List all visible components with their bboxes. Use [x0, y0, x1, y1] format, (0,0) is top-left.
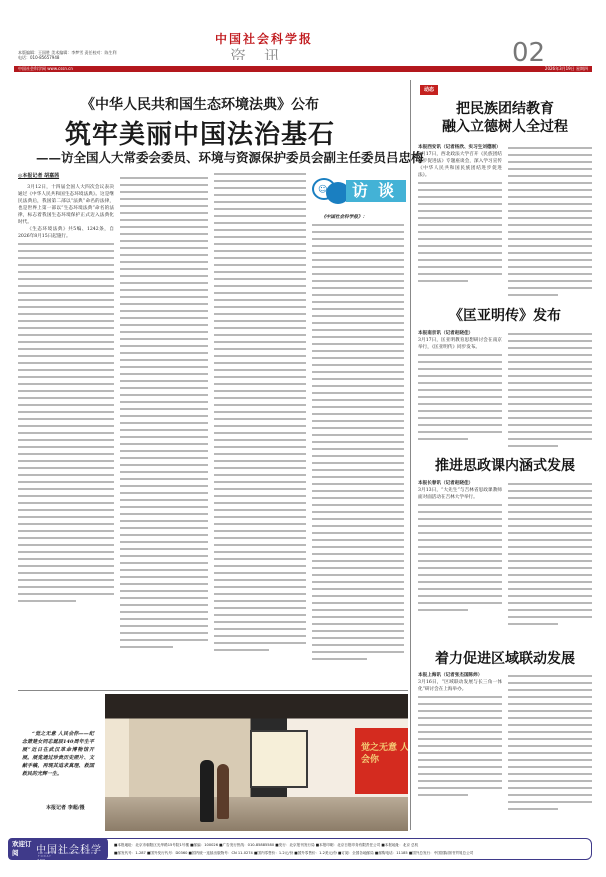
footer-logo: 欢迎订阅 中国社会科学报 CHINESE SOCIAL SCIENCES TOD…	[8, 838, 108, 860]
article-body	[508, 330, 592, 449]
article-body: 本报上海讯（记者张杰国陈炜） 3月16日，“区域联动发展与长三角一体化”研讨会在…	[418, 672, 502, 798]
visitor-figure	[217, 764, 229, 819]
article-body: 本报南京讯（记者赵晓佳） 3月17日，匡亚明教育思想研讨会在南京举行，《匡亚明传…	[418, 330, 502, 442]
illegible-text	[312, 221, 404, 662]
article-lead: 3月17日，匡亚明教育思想研讨会在南京举行，《匡亚明传》同步发布。	[418, 337, 502, 351]
article-lead: 3月13日，“大先生”与吉林省思政课教师面对面活动在吉林大学举行。	[418, 487, 502, 501]
exhibition-poster: 觉之无意 人民会你	[355, 728, 408, 794]
lead-column-2	[120, 174, 208, 650]
dateline: 本报长春讯（记者赵晓佳）	[418, 480, 502, 487]
byline: ◎本报记者 胡嘉茜	[18, 172, 59, 179]
interview-label: 访谈	[346, 180, 406, 202]
editor-credits: 本版编辑：王国胜 美术编辑：李梦雪 责任校对：陈生利 电话：010-856579…	[18, 50, 117, 60]
lead-paragraph: 3月12日，十四届全国人大四次会议表决通过《中华人民共和国生态环境法典》。这是继…	[18, 184, 114, 226]
article-body	[508, 144, 592, 298]
section-tag: 动态	[420, 85, 438, 95]
article-headline: 着力促进区域联动发展	[412, 648, 598, 668]
lead-kicker: 《中华人民共和国生态环境法典》公布	[60, 94, 340, 114]
column-divider	[410, 80, 411, 830]
issue-date: 2026年3月19日 星期四	[545, 66, 588, 72]
subscribe-label: 欢迎订阅	[12, 840, 32, 858]
dateline: 本报西安讯（记者杨欣、实习生刘德刚）	[418, 144, 502, 151]
divider	[18, 690, 408, 691]
photo-caption: “觉之无意 人民会你——纪念萧楚女同志诞辰140周年生平展”近日在武汉革命博物馆…	[22, 730, 94, 778]
illegible-text	[214, 170, 306, 653]
footer-brand-en: CHINESE SOCIAL SCIENCES TODAY	[38, 852, 108, 858]
lead-paragraph: 《生态环境法典》共5编、1242条，自2026年8月15日起施行。	[18, 226, 114, 240]
qa-question-label: 《中国社会科学报》：	[312, 214, 404, 221]
page-number: 02	[512, 38, 545, 68]
illegible-text	[120, 174, 208, 650]
lead-headline: 筑牢美丽中国法治基石	[50, 114, 350, 151]
header-red-bar	[14, 66, 592, 72]
website-link[interactable]: 中国社会科学网 www.cssn.cn	[18, 66, 73, 72]
dateline: 本报上海讯（记者张杰国陈炜）	[418, 672, 502, 679]
article-lead: 3月16日，“区域联动发展与长三角一体化”研讨会在上海举办。	[418, 679, 502, 693]
lead-column-3	[214, 170, 306, 653]
article-body: 本报长春讯（记者赵晓佳） 3月13日，“大先生”与吉林省思政课教师面对面活动在吉…	[418, 480, 502, 613]
article-headline: 《匡亚明传》发布	[412, 305, 598, 325]
article-lead: 3月17日，西北政法大学召开《民族团结进步促进法》专题座谈会，深入学习宣传《中华…	[418, 151, 502, 179]
illegible-text	[18, 240, 114, 604]
article-body: 本报西安讯（记者杨欣、实习生刘德刚） 3月17日，西北政法大学召开《民族团结进步…	[418, 144, 502, 284]
dateline: 本报南京讯（记者赵晓佳）	[418, 330, 502, 337]
article-headline: 推进思政课内涵式发展	[412, 455, 598, 475]
visitor-figure	[200, 760, 214, 822]
article-body	[508, 672, 592, 812]
lead-column-4: 《中国社会科学报》：	[312, 214, 404, 662]
lead-column-1: 3月12日，十四届全国人大四次会议表决通过《中华人民共和国生态环境法典》。这是继…	[18, 184, 114, 604]
masthead: 中国社会科学报 资讯 02 本版编辑：王国胜 美术编辑：李梦雪 责任校对：陈生利…	[0, 0, 606, 66]
footer-info: ■本报地址：北京市朝阳区光华路15号院1号楼 ■邮编：100026 ■广告发行热…	[114, 841, 588, 857]
photo-credit: 本报记者 李超/摄	[46, 804, 85, 811]
article-headline: 把民族团结教育 融入立德树人全过程	[412, 100, 598, 136]
lead-subhead: ——访全国人大常委会委员、环境与资源保护委员会副主任委员吕忠梅	[36, 148, 406, 166]
article-body	[508, 480, 592, 627]
interview-badge: ☺ 访谈	[312, 176, 402, 206]
exhibition-photo[interactable]: 觉之无意 人民会你	[105, 694, 408, 831]
